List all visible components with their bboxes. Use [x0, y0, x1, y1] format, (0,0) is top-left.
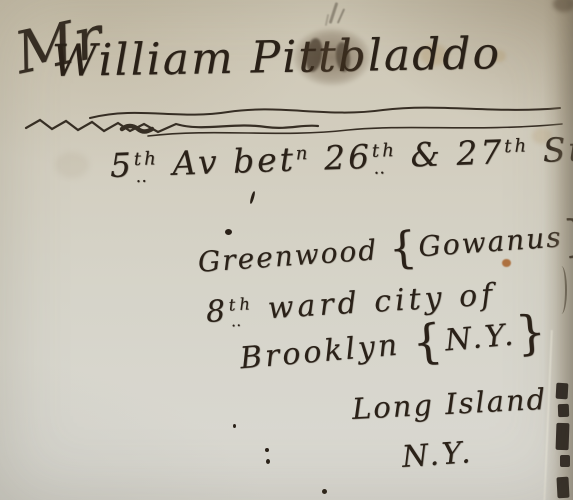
cross-street-2: & 27: [396, 132, 505, 175]
page-edge-mark: [556, 423, 570, 450]
open-brace: {: [410, 313, 447, 370]
avenue-number: 5: [109, 145, 134, 185]
ink-dot: [265, 448, 269, 452]
state-line: N.Y.: [401, 435, 475, 475]
ink-dot: [225, 229, 232, 235]
page-edge-mark: [560, 455, 570, 467]
page-edge-mark: [556, 477, 569, 499]
ordinal-suffix: th‥: [228, 296, 254, 314]
abbreviation-dots: ‥: [135, 168, 150, 186]
ward-number: 8: [205, 294, 230, 330]
ordinal-suffix-text: th: [504, 135, 530, 157]
handwritten-page-photo: Mr William Pittbladdo 5th‥ Av betn 26th‥…: [0, 0, 573, 500]
neighborhood-alt-name: Gowanus: [417, 220, 563, 263]
ordinal-suffix-text: n: [295, 143, 310, 164]
neighborhood-line: Greenwood {Gowanus}: [196, 211, 573, 288]
state-abbrev: N.Y.: [443, 317, 517, 358]
ink-tick: [249, 191, 255, 204]
ink-dot: [233, 424, 236, 428]
ink-smear: [337, 8, 345, 23]
ink-dot: [266, 459, 270, 464]
close-brace: }: [514, 304, 551, 361]
tan-stain: [55, 152, 89, 178]
ordinal-suffix: th‥: [372, 142, 398, 161]
signature-name: William Pittbladdo: [52, 28, 502, 87]
page-edge-mark: [556, 383, 569, 400]
ordinal-suffix: n: [295, 145, 310, 164]
region-line: Long Island: [351, 382, 548, 426]
abbreviation-dots: ‥: [373, 160, 388, 178]
avenue-between-text: Av bet: [158, 140, 296, 184]
ink-dot: [322, 489, 327, 494]
ordinal-suffix: th‥: [134, 150, 160, 169]
corner-smudge: [553, 0, 573, 12]
page-edge-curl: [556, 266, 567, 314]
close-brace: }: [561, 211, 573, 263]
ordinal-suffix: th: [504, 137, 530, 156]
street-abbrev: St: [529, 129, 573, 170]
city-name: Brooklyn: [239, 326, 414, 376]
page-edge-mark: [558, 404, 569, 417]
cross-street-1: 26: [310, 137, 373, 178]
open-brace: {: [387, 223, 420, 275]
abbreviation-dots: ‥: [230, 313, 245, 330]
neighborhood-name: Greenwood: [197, 232, 390, 278]
